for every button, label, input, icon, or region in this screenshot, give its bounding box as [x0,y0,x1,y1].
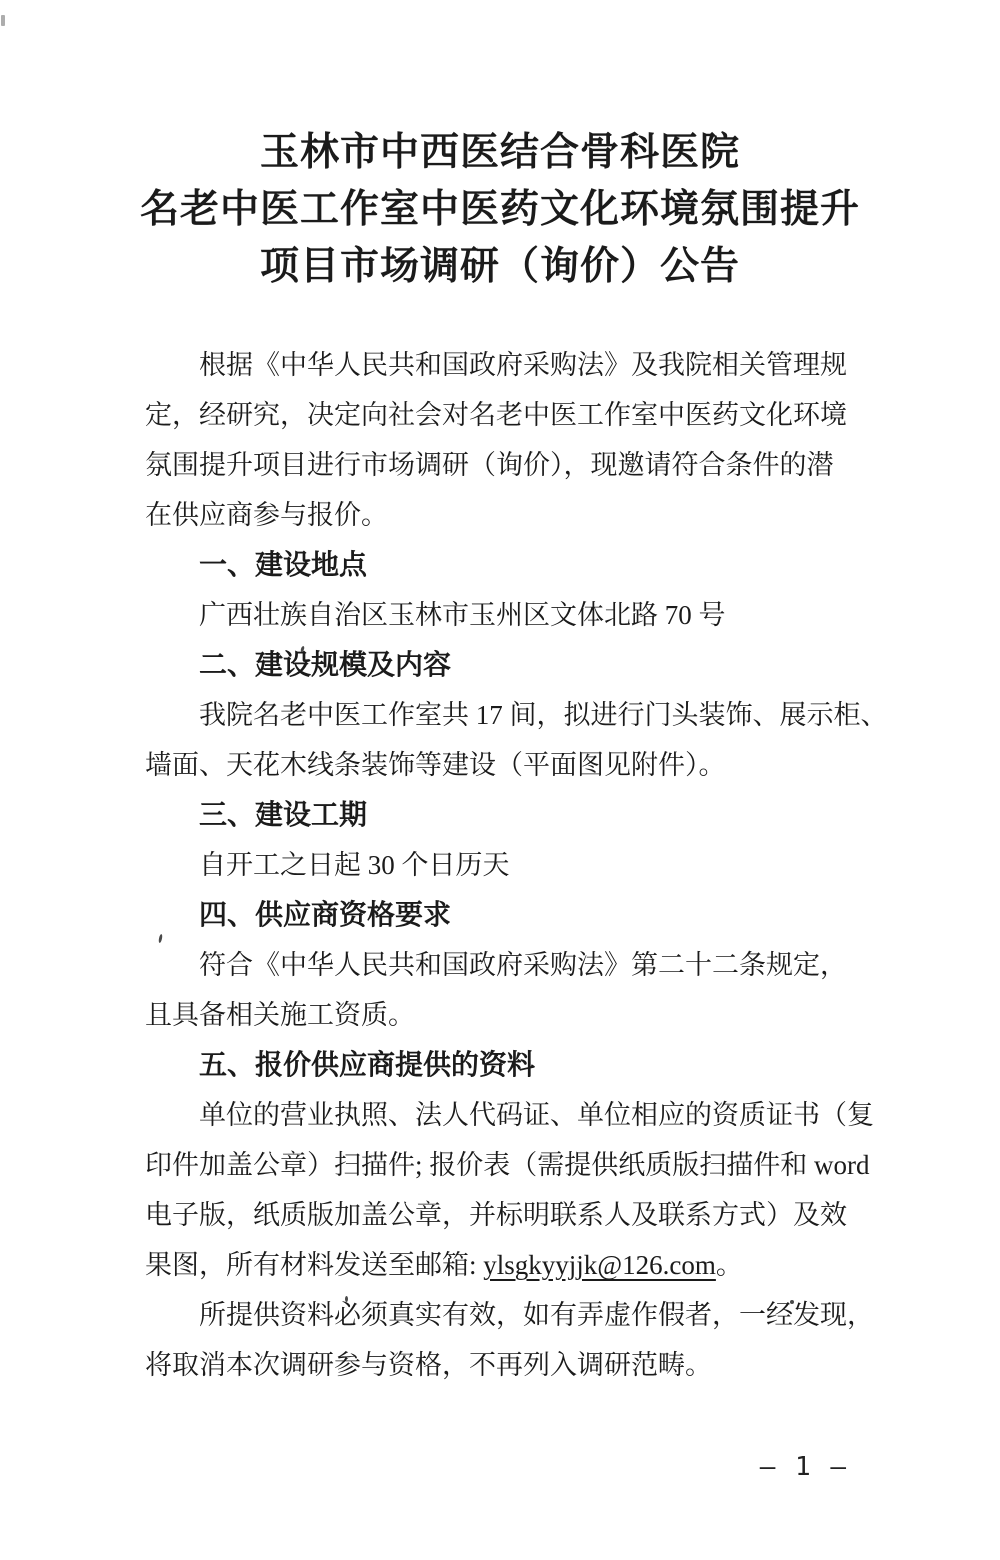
section-supplier-qualification-line-1: 符合《中华人民共和国政府采购法》第二十二条规定， [145,940,855,990]
email-address: ylsgkyyjjk@126.com [483,1250,716,1280]
section-construction-period-line-1: 自开工之日起 30 个日历天 [145,840,855,890]
section-heading-required-materials: 五、报价供应商提供的资料 [145,1040,855,1090]
document-title-line-1: 玉林市中西医结合骨科医院 [0,124,1000,181]
closing-line-2: 将取消本次调研参与资格，不再列入调研范畴。 [145,1340,855,1390]
scan-artifact-dot [345,1296,348,1302]
section-heading-construction-site: 一、建设地点 [145,540,855,590]
section-supplier-qualification-line-2: 且具备相关施工资质。 [145,990,855,1040]
intro-line-2: 定，经研究，决定向社会对名老中医工作室中医药文化环境 [145,390,855,440]
email-line: 果图，所有材料发送至邮箱: ylsgkyyjjk@126.com。 [145,1240,855,1290]
section-required-materials-line-2: 印件加盖公章）扫描件; 报价表（需提供纸质版扫描件和 word [145,1140,855,1190]
section-heading-scale-content: 二、建设规模及内容 [145,640,855,690]
intro-line-4: 在供应商参与报价。 [145,490,855,540]
document-body: 根据《中华人民共和国政府采购法》及我院相关管理规 定，经研究，决定向社会对名老中… [145,340,855,1390]
intro-line-3: 氛围提升项目进行市场调研（询价），现邀请符合条件的潜 [145,440,855,490]
document-title-line-3: 项目市场调研（询价）公告 [0,238,1000,295]
scan-artifact-dot [1,15,5,26]
section-scale-content-line-2: 墙面、天花木线条装饰等建设（平面图见附件）。 [145,740,855,790]
section-required-materials-line-3: 电子版，纸质版加盖公章，并标明联系人及联系方式）及效 [145,1190,855,1240]
scanned-document-page: 玉林市中西医结合骨科医院 名老中医工作室中医药文化环境氛围提升 项目市场调研（询… [0,0,1000,1560]
section-heading-supplier-qualification: 四、供应商资格要求 [145,890,855,940]
page-number: — 1 — [760,1452,848,1482]
scan-artifact-dot [790,1300,794,1304]
section-scale-content-line-1: 我院名老中医工作室共 17 间，拟进行门头装饰、展示柜、 [145,690,855,740]
section-required-materials-line-1: 单位的营业执照、法人代码证、单位相应的资质证书（复 [145,1090,855,1140]
intro-line-1: 根据《中华人民共和国政府采购法》及我院相关管理规 [145,340,855,390]
section-construction-site-line-1: 广西壮族自治区玉林市玉州区文体北路 70 号 [145,590,855,640]
email-line-suffix: 。 [716,1250,743,1280]
document-title: 玉林市中西医结合骨科医院 名老中医工作室中医药文化环境氛围提升 项目市场调研（询… [0,0,1000,295]
section-heading-construction-period: 三、建设工期 [145,790,855,840]
closing-line-1: 所提供资料必须真实有效，如有弄虚作假者，一经发现， [145,1290,855,1340]
document-title-line-2: 名老中医工作室中医药文化环境氛围提升 [0,181,1000,238]
email-line-prefix: 果图，所有材料发送至邮箱: [145,1250,483,1280]
